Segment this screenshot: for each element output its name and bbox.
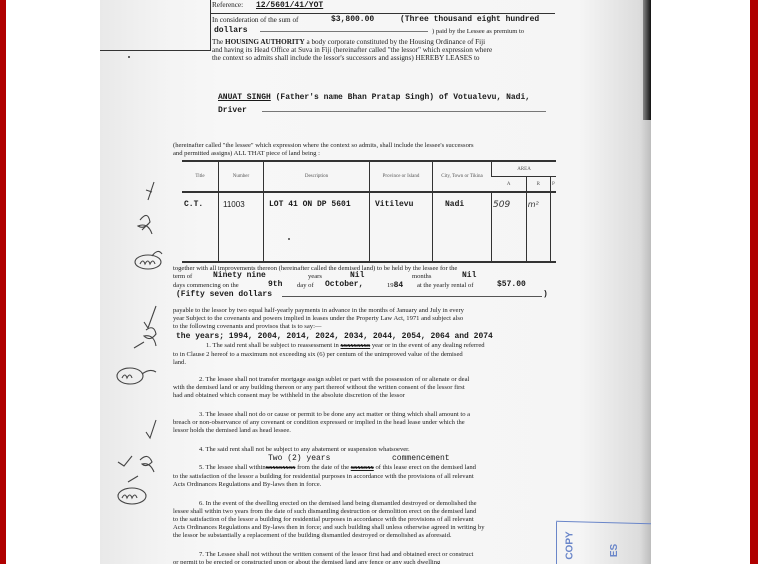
consideration-words-2: dollars	[214, 26, 248, 35]
lessee-line: ANUAT SINGH (Father's name Bhan Pratap S…	[218, 93, 530, 102]
year-prefix: 19	[387, 282, 394, 289]
cell-city: Nadi	[433, 192, 492, 262]
initials-icon	[134, 328, 156, 348]
clause-5-line-1: 5. The lessee shall withinxxxxxxxxx from…	[199, 463, 476, 472]
clause-5-line-3: Acts Ordinances Regulations and By-laws …	[173, 480, 321, 489]
stamp-copy-text: COPY	[565, 531, 576, 559]
commence-month: October,	[325, 280, 363, 289]
term-years: Ninety nine	[213, 271, 266, 280]
cell-province: Vitilevu	[370, 192, 433, 262]
clause-5-c: of this lease erect on the demised land	[375, 464, 476, 471]
tick-icon	[146, 420, 156, 438]
clause-1-a: 1. The said rent shall be subject to rea…	[206, 342, 339, 349]
year-suffix: 84	[394, 281, 404, 290]
clause-6-line-5: the lessor be substantially a replacemen…	[173, 531, 452, 540]
clause-5-insert-1: Two (2) years	[268, 454, 330, 463]
rental-label: at the yearly rental of	[417, 281, 473, 290]
lessee-occupation: Driver	[218, 106, 247, 115]
header-area-r: R	[526, 177, 550, 193]
reassessment-years: the years; 1994, 2004, 2014, 2024, 2034,…	[176, 332, 493, 341]
consideration-words: (Three thousand eight hundred	[400, 15, 539, 24]
term-months: Nil	[350, 271, 364, 280]
clause-1-b: year or in the event of any dealing refe…	[372, 342, 485, 349]
commence-day: 9th	[268, 280, 282, 289]
cell-area-r: m²	[526, 192, 550, 262]
lessor-name: HOUSING AUTHORITY	[225, 38, 305, 46]
clause-1-struck: xxxxxxxxx	[340, 342, 370, 349]
lessor-the: The	[212, 38, 223, 46]
clause-5-struck-2: xxxxxxx	[351, 464, 374, 471]
reference-value: 12/5601/41/YOT	[256, 1, 323, 10]
tick-icon	[144, 306, 156, 328]
red-frame-left	[0, 0, 6, 564]
lessor-desc: a body corporate constituted by the Hous…	[306, 38, 485, 46]
lessee-name: ANUAT SINGH	[218, 93, 271, 102]
clause-1-line-1: 1. The said rent shall be subject to rea…	[206, 341, 485, 350]
clause-2-line-3: had and obtained which consent may be wi…	[173, 391, 405, 400]
clause-7-line-2: or permit to be erected or constructed u…	[173, 558, 440, 564]
header-number: Number	[219, 161, 264, 192]
header-province: Province or Island	[370, 161, 433, 192]
cell-area-a: 509	[492, 192, 527, 262]
clause-5-struck-1: xxxxxxxxx	[266, 464, 296, 471]
months-label: months	[412, 272, 431, 281]
clause-3-line-3: lessor holds the demised land as head le…	[173, 426, 291, 435]
header-title: Title	[182, 161, 219, 192]
lessee-definition-2: and permitted assigns) ALL THAT piece of…	[173, 149, 320, 158]
clause-4: 4. The said rent shall not be subject to…	[199, 445, 410, 454]
rental-amount: $57.00	[497, 280, 526, 289]
header-area-a: A	[492, 177, 527, 193]
signature-icon	[118, 488, 146, 504]
clause-5-b: from the date of the	[297, 464, 349, 471]
scan-speck	[288, 238, 290, 240]
commence-year: 1984	[387, 281, 403, 290]
reference-box	[100, 0, 211, 51]
consideration-prefix: In consideration of the sum of	[212, 16, 298, 25]
cell-description: LOT 41 ON DP 5601	[264, 192, 370, 262]
clause-5-insert-2: commencement	[392, 454, 450, 463]
table-row: C.T. 11003 LOT 41 ON DP 5601 Vitilevu Na…	[182, 192, 556, 262]
cell-number: 11003	[219, 192, 264, 262]
years-label: years	[308, 272, 322, 281]
scan-speck	[128, 56, 130, 58]
cell-title: C.T.	[182, 192, 219, 262]
initials-icon	[118, 456, 154, 482]
rental-words-close: )	[543, 290, 548, 299]
header-area: AREA	[492, 161, 557, 177]
days-label: days commencing on the	[173, 281, 239, 290]
signature-icon	[117, 368, 143, 384]
term-days: Nil	[462, 271, 476, 280]
premium-suffix: ) paid by the Lessee as premium to	[432, 27, 524, 36]
page-shadow-edge	[643, 0, 651, 120]
stamp-text-2: ES	[609, 544, 620, 557]
lessor-line-3: the context so admits shall include the …	[212, 54, 480, 63]
header-description: Description	[264, 161, 370, 192]
margin-annotations	[100, 170, 180, 564]
reference-label: Reference:	[212, 1, 243, 10]
rental-words: (Fifty seven dollars	[176, 290, 272, 299]
land-table: Title Number Description Province or Isl…	[182, 160, 556, 263]
tick-icon	[146, 182, 154, 200]
consideration-amount: $3,800.00	[331, 15, 374, 24]
cell-area-p	[550, 192, 556, 262]
header-area-p: P	[550, 177, 556, 193]
header-city: City, Town or Tikina	[433, 161, 492, 192]
day-of-label: day of	[297, 281, 314, 290]
lessee-details: (Father's name Bhan Pratap Singh) of Vot…	[276, 93, 530, 102]
initials-icon	[138, 215, 152, 234]
signature-icon	[135, 255, 161, 269]
red-frame-right	[750, 0, 758, 564]
clause-5-a: 5. The lessee shall within	[199, 464, 266, 471]
clause-1-line-2: to in Clause 2 hereof to a maximum not e…	[173, 350, 463, 359]
payment-line-3: to the following covenants and provisos …	[173, 322, 322, 331]
